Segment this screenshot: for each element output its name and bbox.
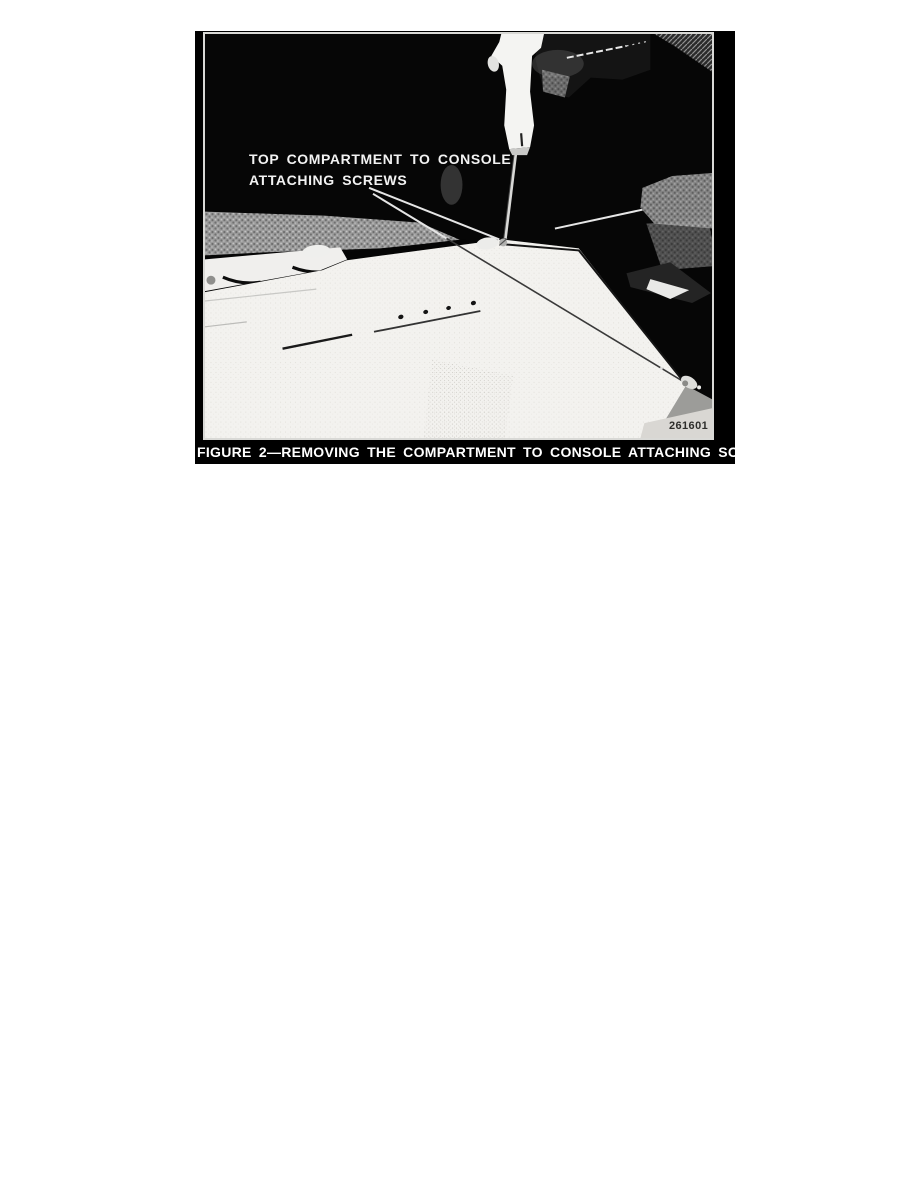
manual-page: TOP COMPARTMENT TO CONSOLE ATTACHING SCR… [0,0,918,1188]
photo-number: 261601 [669,420,708,432]
figure-photo: TOP COMPARTMENT TO CONSOLE ATTACHING SCR… [203,32,714,440]
photo-callout-label: TOP COMPARTMENT TO CONSOLE ATTACHING SCR… [249,149,511,190]
figure-block: TOP COMPARTMENT TO CONSOLE ATTACHING SCR… [195,31,735,464]
photo-callout-line1: TOP COMPARTMENT TO CONSOLE [249,149,511,170]
figure-caption-bar: FIGURE 2—REMOVING THE COMPARTMENT TO CON… [195,440,735,464]
figure-caption: FIGURE 2—REMOVING THE COMPARTMENT TO CON… [195,444,782,460]
photo-illustration [205,34,712,438]
photo-callout-line2: ATTACHING SCREWS [249,170,511,191]
